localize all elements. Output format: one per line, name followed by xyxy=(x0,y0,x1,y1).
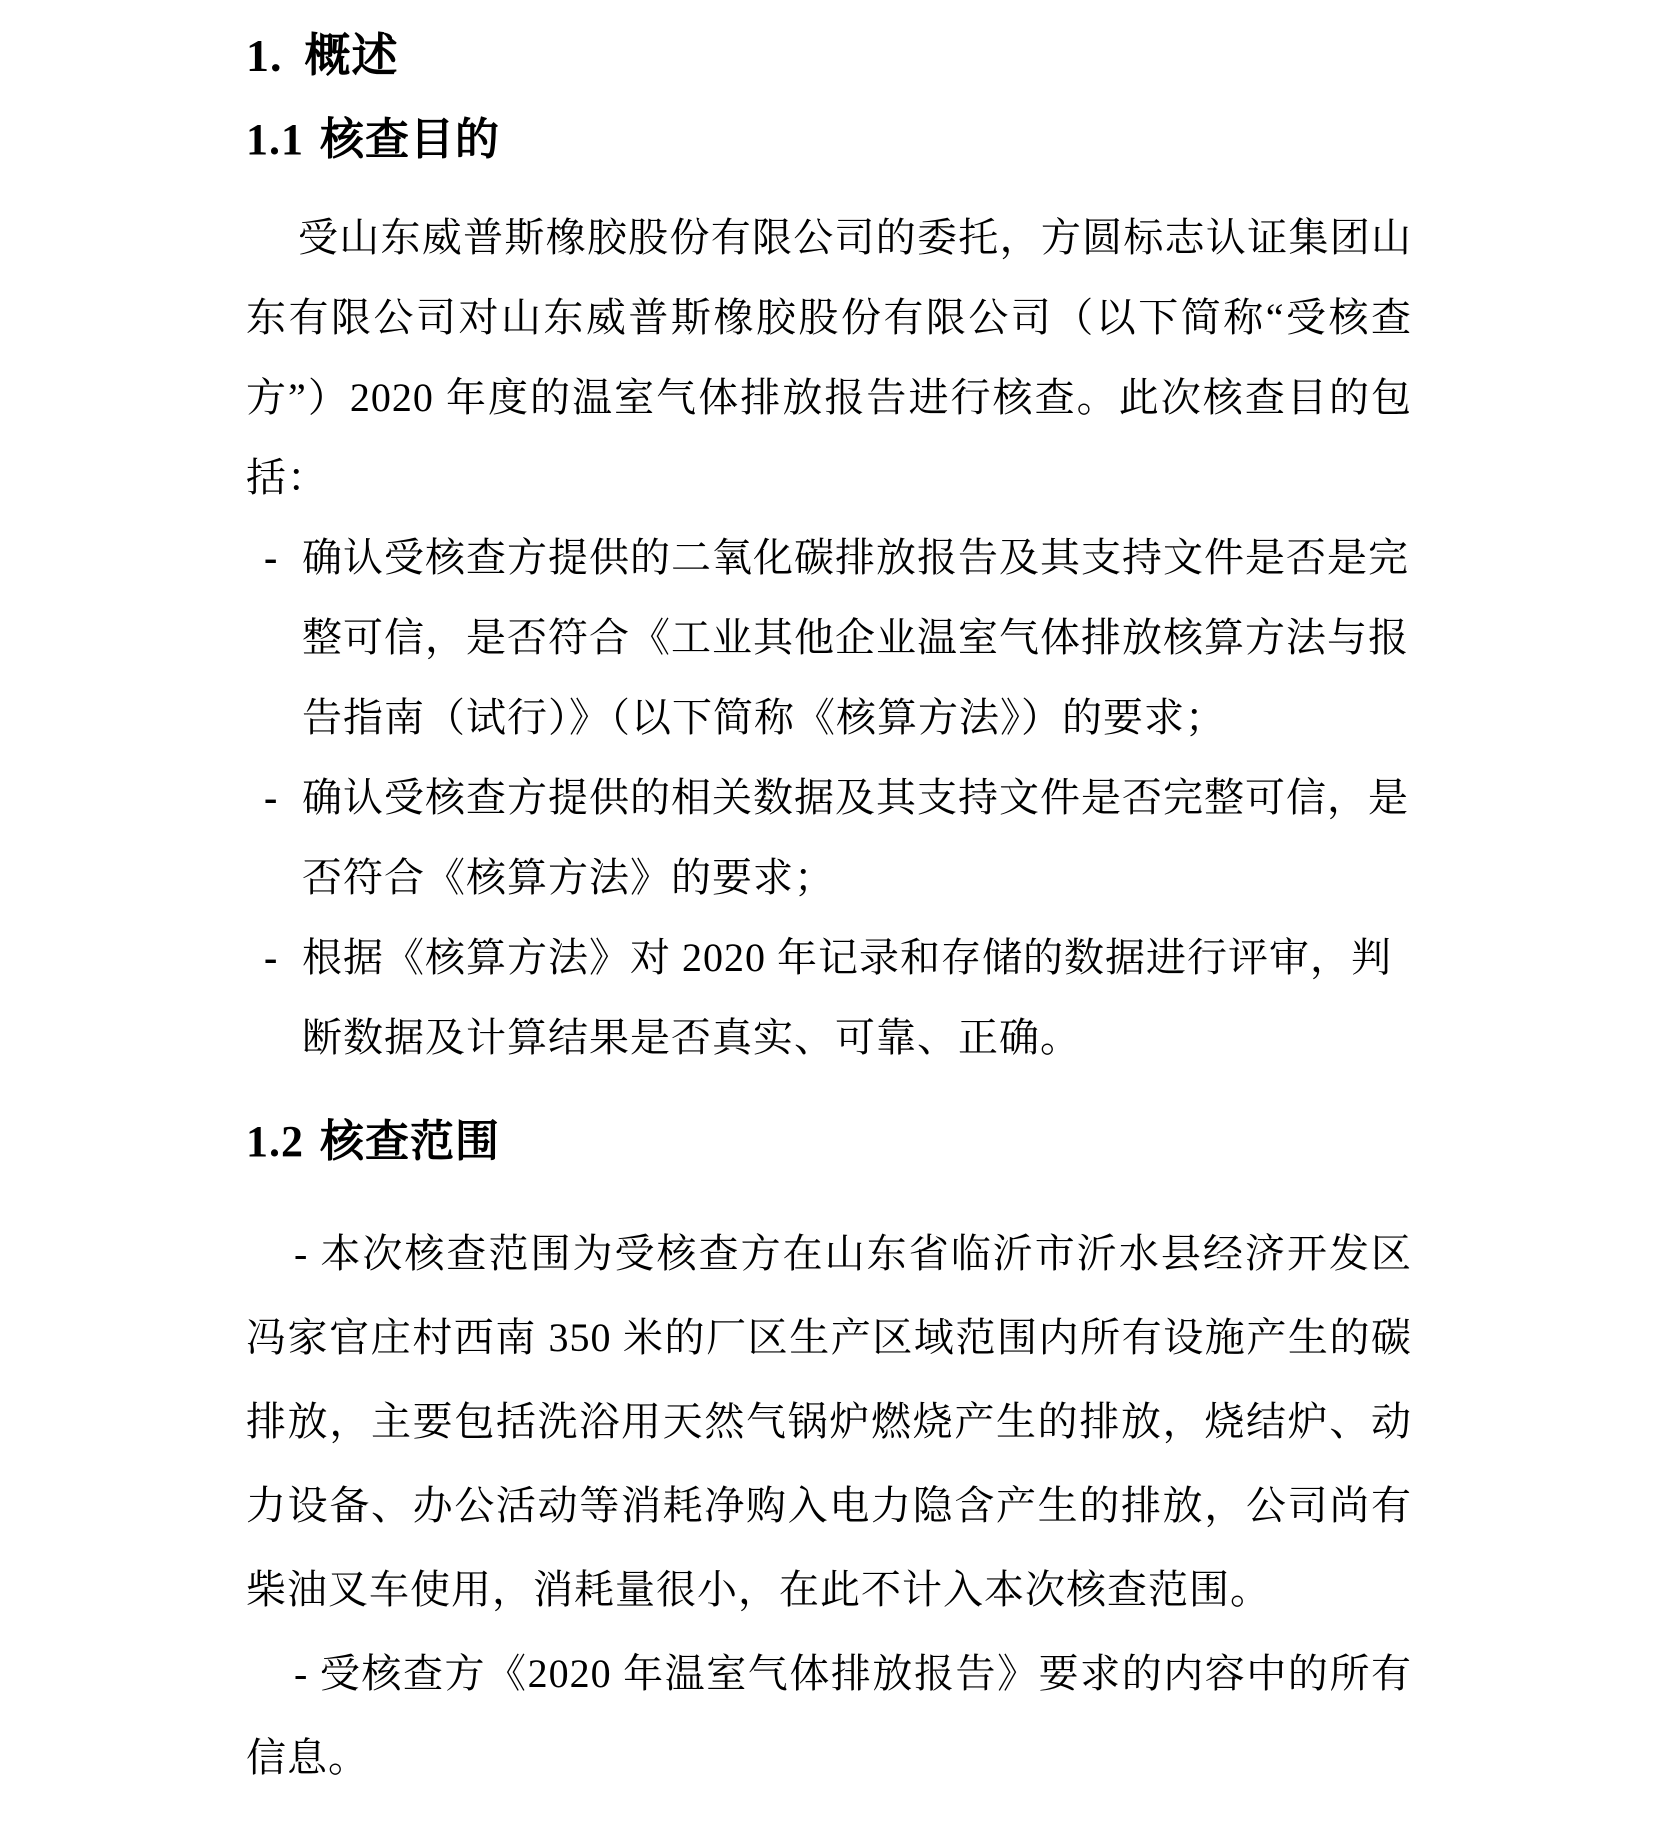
section-number-purpose: 1.1 xyxy=(246,115,304,164)
section-number-scope: 1.2 xyxy=(246,1117,304,1166)
purpose-bullet-text: 根据《核算方法》对 2020 年记录和存储的数据进行评审，判断数据及计算结果是否… xyxy=(302,935,1392,1060)
purpose-bullet-list: - 确认受核查方提供的二氧化碳排放报告及其支持文件是否是完整可信，是否符合《工业… xyxy=(246,518,1412,1078)
purpose-bullet-text: 确认受核查方提供的相关数据及其支持文件是否完整可信，是否符合《核算方法》的要求； xyxy=(302,775,1409,900)
purpose-intro-paragraph: 受山东威普斯橡胶股份有限公司的委托，方圆标志认证集团山东有限公司对山东威普斯橡胶… xyxy=(246,198,1412,518)
section-heading-scope: 1.2核查范围 xyxy=(246,1114,1412,1170)
chapter-title: 概述 xyxy=(305,30,399,81)
purpose-bullet-text: 确认受核查方提供的二氧化碳排放报告及其支持文件是否是完整可信，是否符合《工业其他… xyxy=(302,535,1409,740)
chapter-heading: 1.概述 xyxy=(246,26,1412,86)
purpose-bullet-item: - 确认受核查方提供的相关数据及其支持文件是否完整可信，是否符合《核算方法》的要… xyxy=(246,758,1412,918)
scope-paragraph: - 本次核查范围为受核查方在山东省临沂市沂水县经济开发区冯家官庄村西南 350 … xyxy=(246,1212,1412,1632)
section-heading-purpose: 1.1核查目的 xyxy=(246,112,1412,168)
document-page: 1.概述 1.1核查目的 受山东威普斯橡胶股份有限公司的委托，方圆标志认证集团山… xyxy=(0,0,1654,1840)
chapter-number: 1. xyxy=(246,30,283,81)
purpose-bullet-item: - 确认受核查方提供的二氧化碳排放报告及其支持文件是否是完整可信，是否符合《工业… xyxy=(246,518,1412,758)
scope-paragraph: - 受核查方《2020 年温室气体排放报告》要求的内容中的所有信息。 xyxy=(246,1632,1412,1800)
purpose-bullet-item: - 根据《核算方法》对 2020 年记录和存储的数据进行评审，判断数据及计算结果… xyxy=(246,918,1412,1078)
dash-bullet-icon: - xyxy=(264,918,277,998)
section-title-scope: 核查范围 xyxy=(320,1117,500,1166)
dash-bullet-icon: - xyxy=(264,518,277,598)
dash-bullet-icon: - xyxy=(264,758,277,838)
section-title-purpose: 核查目的 xyxy=(320,115,500,164)
